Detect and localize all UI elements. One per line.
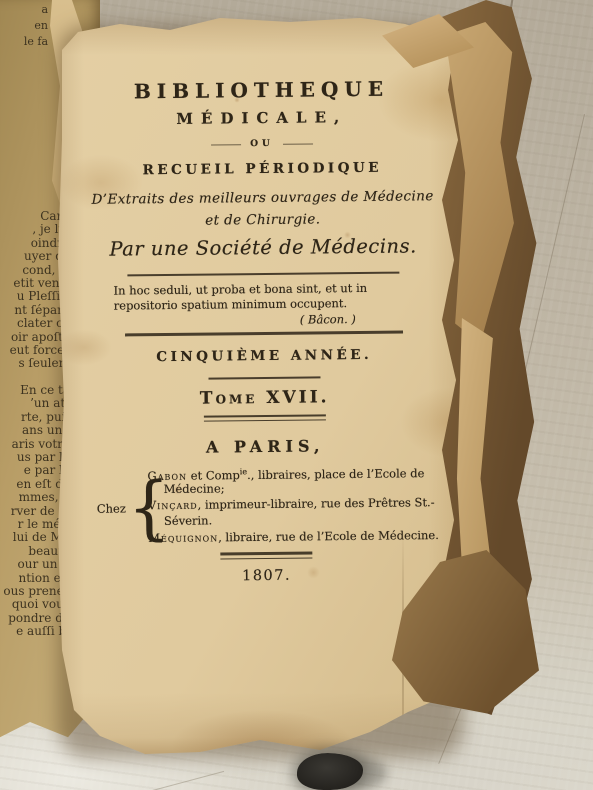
subtitle-script-line-1: D’Extraits des meilleurs ouvrages de Méd… xyxy=(79,188,447,208)
left-page-top-fragments: aenle fa xyxy=(0,2,48,50)
divider-rule xyxy=(125,331,403,337)
separator-dash xyxy=(211,144,241,145)
separator-dash xyxy=(283,143,313,144)
byline: Par une Société de Médecins. xyxy=(79,234,447,261)
divider-double-rule xyxy=(220,552,312,560)
ink-blot xyxy=(297,753,363,790)
publisher-list: Gabon et Compie., libraires, place de l’… xyxy=(147,465,440,547)
left-page-text-line: le fa xyxy=(0,34,48,50)
ou-separator: ou xyxy=(78,137,446,151)
left-page-text-line: en xyxy=(0,18,48,34)
title-page-content: BIBLIOTHEQUE MÉDICALE, ou RECUEIL PÉRIOD… xyxy=(77,76,450,586)
ou-label: ou xyxy=(250,139,274,149)
divider-rule xyxy=(127,272,399,276)
publisher-block: Chez { Gabon et Compie., libraires, plac… xyxy=(81,465,450,548)
epigraph-attribution: ( Bâcon. ) xyxy=(114,311,414,330)
publisher-entry: Méquignon, libraire, rue de l’Ecole de M… xyxy=(148,527,440,545)
year-line: 1807. xyxy=(82,566,450,586)
tome-line: Tome XVII. xyxy=(81,386,449,410)
series-title: RECUEIL PÉRIODIQUE xyxy=(78,159,446,179)
epigraph: In hoc seduli, ut proba et bona sint, et… xyxy=(113,280,413,330)
subtitle-script-line-2: et de Chirurgie. xyxy=(79,210,447,230)
divider-rule xyxy=(208,376,320,379)
book-photo: aenle fa Card, je luioindreuyer decond, … xyxy=(0,0,593,790)
annee-line: CINQUIÈME ANNÉE. xyxy=(80,346,448,366)
publisher-entry: Gabon et Compie., libraires, place de l’… xyxy=(147,465,439,497)
main-title: BIBLIOTHEQUE xyxy=(77,76,445,104)
publisher-entry: Vinçard, imprimeur-libraire, rue des Prê… xyxy=(148,496,440,528)
subtitle: MÉDICALE, xyxy=(78,107,446,129)
divider-double-rule xyxy=(204,414,326,421)
left-page-text-line: a xyxy=(0,2,48,18)
city-line: A PARIS, xyxy=(81,435,449,458)
chez-label: Chez xyxy=(82,501,126,515)
